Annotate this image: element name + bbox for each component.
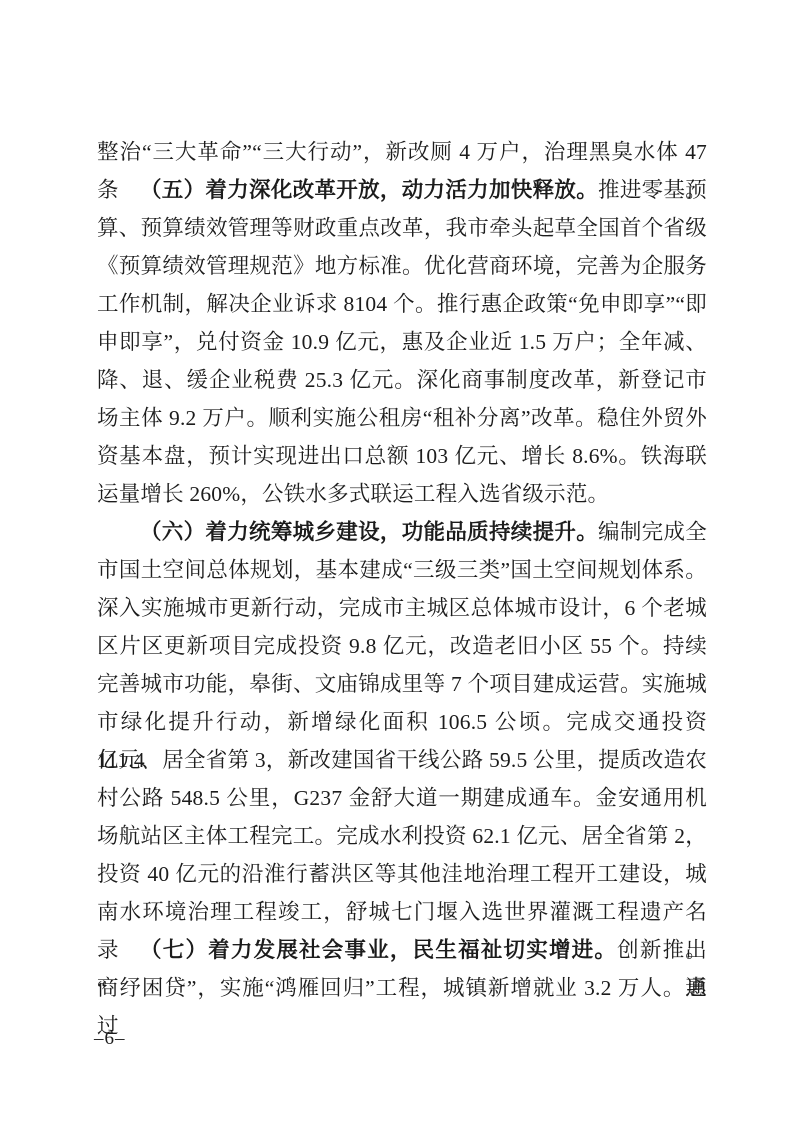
text-line: （七）着力发展社会事业，民生福祉切实增进。创新推出“惠 — [97, 931, 707, 969]
paragraph-heading: （五）着力深化改革开放，动力活力加快释放。 — [140, 178, 598, 202]
line-text: 申即享”，兑付资金 10.9 亿元，惠及企业近 1.5 万户；全年减、 — [97, 330, 707, 354]
text-line: （五）着力深化改革开放，动力活力加快释放。推进零基预 — [97, 171, 707, 209]
text-line: 场航站区主体工程完工。完成水利投资 62.1 亿元、居全省第 2， — [97, 817, 707, 855]
text-line: 商纾困贷”，实施“鸿雁回归”工程，城镇新增就业 3.2 万人。通过 — [97, 969, 707, 1007]
line-text: 算、预算绩效管理等财政重点改革，我市牵头起草全国首个省级 — [97, 216, 707, 240]
text-line: 南水环境治理工程竣工，舒城七门堰入选世界灌溉工程遗产名录。 — [97, 893, 707, 931]
text-line: 工作机制，解决企业诉求 8104 个。推行惠企政策“免申即享”“即 — [97, 285, 707, 323]
text-line: 投资 40 亿元的沿淮行蓄洪区等其他洼地治理工程开工建设，城 — [97, 855, 707, 893]
text-line: 亿元、居全省第 3，新改建国省干线公路 59.5 公里，提质改造农 — [97, 741, 707, 779]
text-line: 整治“三大革命”“三大行动”，新改厕 4 万户，治理黑臭水体 47 条。 — [97, 133, 707, 171]
text-line: 区片区更新项目完成投资 9.8 亿元，改造老旧小区 55 个。持续 — [97, 627, 707, 665]
page-number: –6– — [94, 1026, 126, 1052]
line-text: 推进零基预 — [598, 178, 707, 202]
text-line: （六）着力统筹城乡建设，功能品质持续提升。编制完成全 — [97, 513, 707, 551]
paragraph-heading: （七）着力发展社会事业，民生福祉切实增进。 — [140, 938, 617, 962]
line-text: 亿元、居全省第 3，新改建国省干线公路 59.5 公里，提质改造农 — [97, 748, 707, 772]
text-line: 场主体 9.2 万户。顺利实施公租房“租补分离”改革。稳住外贸外 — [97, 399, 707, 437]
line-text: 村公路 548.5 公里，G237 金舒大道一期建成通车。金安通用机 — [97, 786, 707, 810]
text-line: 市绿化提升行动，新增绿化面积 106.5 公顷。完成交通投资 111.4 — [97, 703, 707, 741]
line-text: 深入实施城市更新行动，完成市主城区总体城市设计，6 个老城 — [97, 596, 707, 620]
line-text: 《预算绩效管理规范》地方标准。优化营商环境，完善为企服务 — [97, 254, 707, 278]
text-line: 深入实施城市更新行动，完成市主城区总体城市设计，6 个老城 — [97, 589, 707, 627]
line-text: 场主体 9.2 万户。顺利实施公租房“租补分离”改革。稳住外贸外 — [97, 406, 707, 430]
text-line: 算、预算绩效管理等财政重点改革，我市牵头起草全国首个省级 — [97, 209, 707, 247]
text-line: 村公路 548.5 公里，G237 金舒大道一期建成通车。金安通用机 — [97, 779, 707, 817]
text-line: 降、退、缓企业税费 25.3 亿元。深化商事制度改革，新登记市 — [97, 361, 707, 399]
line-text: 投资 40 亿元的沿淮行蓄洪区等其他洼地治理工程开工建设，城 — [97, 862, 707, 886]
line-text: 市国土空间总体规划，基本建成“三级三类”国土空间规划体系。 — [97, 558, 707, 582]
line-text: 完善城市功能，皋街、文庙锦成里等 7 个项目建成运营。实施城 — [97, 672, 707, 696]
paragraph-heading: （六）着力统筹城乡建设，功能品质持续提升。 — [140, 520, 598, 544]
line-text: 场航站区主体工程完工。完成水利投资 62.1 亿元、居全省第 2， — [97, 824, 707, 848]
text-line: 完善城市功能，皋街、文庙锦成里等 7 个项目建成运营。实施城 — [97, 665, 707, 703]
line-text: 工作机制，解决企业诉求 8104 个。推行惠企政策“免申即享”“即 — [97, 292, 707, 316]
line-text: 编制完成全 — [598, 520, 707, 544]
line-text: 商纾困贷”，实施“鸿雁回归”工程，城镇新增就业 3.2 万人。通过 — [97, 976, 707, 1038]
line-text: 运量增长 260%，公铁水多式联运工程入选省级示范。 — [97, 482, 609, 506]
document-page: 整治“三大革命”“三大行动”，新改厕 4 万户，治理黑臭水体 47 条。 （五）… — [0, 0, 793, 1122]
line-text: 区片区更新项目完成投资 9.8 亿元，改造老旧小区 55 个。持续 — [97, 634, 707, 658]
line-text: 降、退、缓企业税费 25.3 亿元。深化商事制度改革，新登记市 — [97, 368, 707, 392]
text-line: 市国土空间总体规划，基本建成“三级三类”国土空间规划体系。 — [97, 551, 707, 589]
text-line: 申即享”，兑付资金 10.9 亿元，惠及企业近 1.5 万户；全年减、 — [97, 323, 707, 361]
report-body: 整治“三大革命”“三大行动”，新改厕 4 万户，治理黑臭水体 47 条。 （五）… — [97, 133, 707, 1007]
text-line: 资基本盘，预计实现进出口总额 103 亿元、增长 8.6%。铁海联 — [97, 437, 707, 475]
line-text: 资基本盘，预计实现进出口总额 103 亿元、增长 8.6%。铁海联 — [97, 444, 707, 468]
text-line: 运量增长 260%，公铁水多式联运工程入选省级示范。 — [97, 475, 707, 513]
text-line: 《预算绩效管理规范》地方标准。优化营商环境，完善为企服务 — [97, 247, 707, 285]
